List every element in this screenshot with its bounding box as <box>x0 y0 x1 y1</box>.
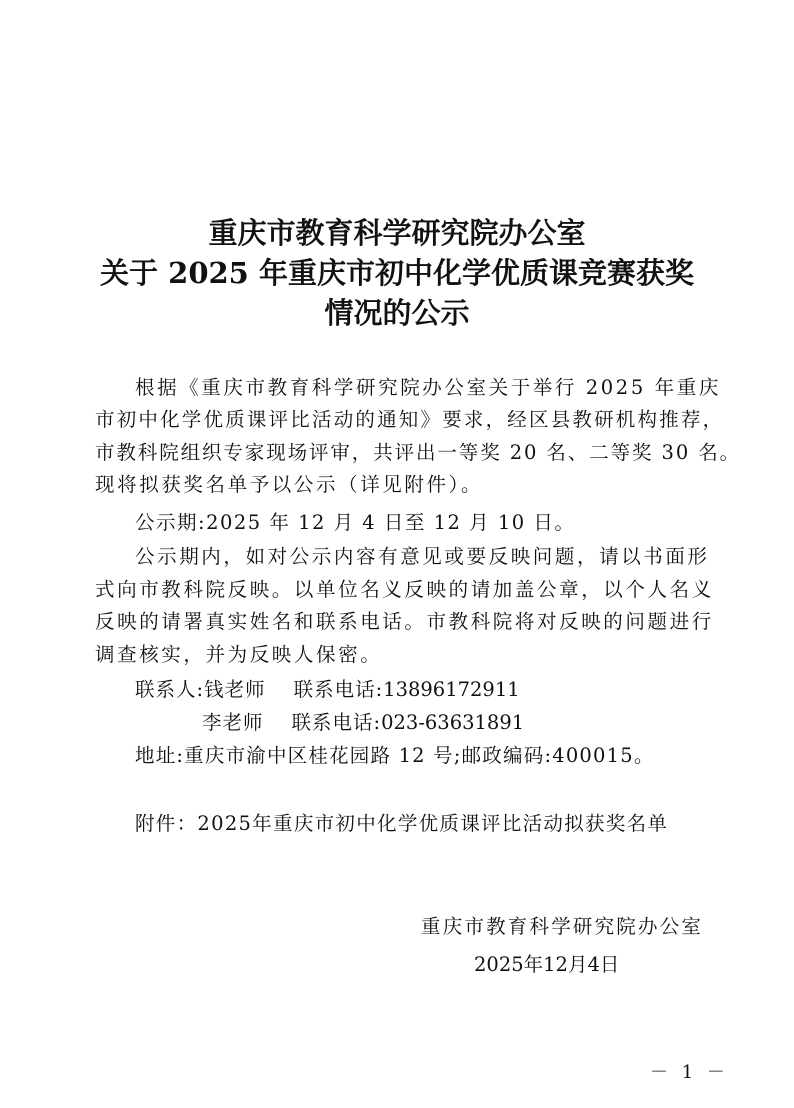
paragraph-1-line-2: 市初中化学优质课评比活动的通知》要求，经区县教研机构推荐， <box>95 404 724 436</box>
paragraph-3-line-2: 式向市教科院反映。以单位名义反映的请加盖公章，以个人名义 <box>95 574 714 606</box>
contact-row-1: 联系人:钱老师联系电话:13896172911 <box>135 674 520 706</box>
paragraph-3-line-1: 公示期内，如对公示内容有意见或要反映问题，请以书面形 <box>135 541 710 573</box>
publicity-period: 公示期:2025 年 12 月 4 日至 12 月 10 日。 <box>135 507 575 539</box>
paragraph-3-line-4: 调查核实，并为反映人保密。 <box>95 639 382 671</box>
contact-phone-label: 联系电话: <box>292 711 382 734</box>
title-line-3: 情况的公示 <box>0 293 794 333</box>
contact-prefix: 联系人: <box>135 678 204 701</box>
paragraph-1-line-1: 根据《重庆市教育科学研究院办公室关于举行 2025 年重庆 <box>135 372 721 404</box>
contact-row-2: 李老师联系电话:023-63631891 <box>202 707 524 739</box>
contact-name: 李老师 <box>202 711 264 734</box>
document-page: 重庆市教育科学研究院办公室 关于 2025 年重庆市初中化学优质课竞赛获奖 情况… <box>0 0 794 1108</box>
contact-phone: 13896172911 <box>383 678 519 701</box>
address: 地址:重庆市渝中区桂花园路 12 号;邮政编码:400015。 <box>135 740 655 772</box>
paragraph-1-line-3: 市教科院组织专家现场评审，共评出一等奖 20 名、二等奖 30 名。 <box>95 437 741 469</box>
title-line-1: 重庆市教育科学研究院办公室 <box>0 213 794 253</box>
document-title: 重庆市教育科学研究院办公室 关于 2025 年重庆市初中化学优质课竞赛获奖 情况… <box>0 213 794 333</box>
title-line-2: 关于 2025 年重庆市初中化学优质课竞赛获奖 <box>0 253 794 293</box>
contact-name: 钱老师 <box>204 678 266 701</box>
contact-phone-label: 联系电话: <box>294 678 384 701</box>
page-number: － 1 － <box>650 1058 729 1084</box>
paragraph-1-line-4: 现将拟获奖名单予以公示（详见附件）。 <box>95 469 483 501</box>
attachment-note: 附件：2025年重庆市初中化学优质课评比活动拟获奖名单 <box>135 808 668 840</box>
contact-phone: 023-63631891 <box>381 711 524 734</box>
signature-organization: 重庆市教育科学研究院办公室 <box>421 911 703 939</box>
paragraph-3-line-3: 反映的请署真实姓名和联系电话。市教科院将对反映的问题进行 <box>95 606 714 638</box>
signature-date: 2025年12月4日 <box>474 949 619 977</box>
